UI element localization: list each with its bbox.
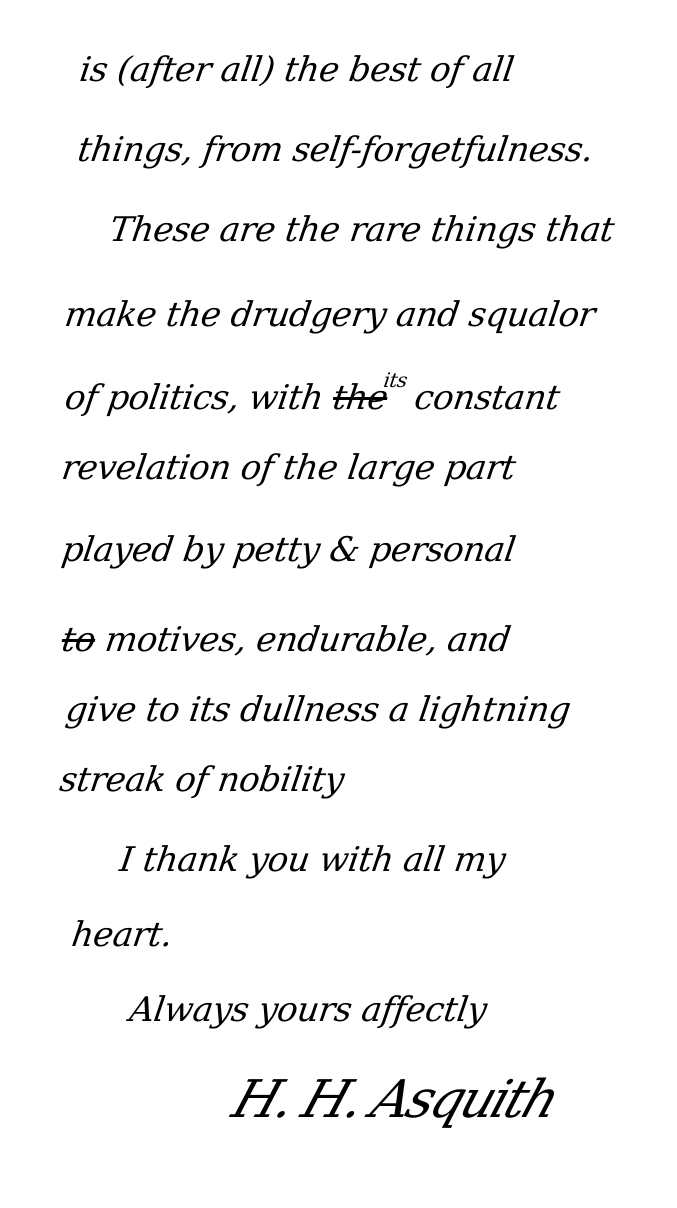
letter-text: motives, endurable, and [103,620,513,660]
letter-line: give to its dullness a lightning [63,690,573,730]
letter-line: make the drudgery and squalor [62,295,597,335]
struck-word: the [330,378,390,418]
letter-line: revelation of the large part [59,448,518,488]
letter-line: played by petty & personal [59,530,518,570]
letter-line: These are the rare things that [107,210,616,250]
letter-line: to motives, endurable, and [59,620,513,660]
letter-line: of politics, with theits constant [62,378,562,422]
letter-line: things, from self-forgetfulness. [75,130,595,170]
closing-line: Always yours affectly [127,990,489,1030]
letter-line: streak of nobility [57,760,346,800]
letter-line: heart. [69,915,175,955]
letter-text: of politics, with [62,378,325,418]
letter-text: constant [412,378,562,418]
struck-word: to [59,620,98,660]
letter-line: is (after all) the best of all [77,50,516,90]
letter-line: I thank you with all my [117,840,508,880]
inserted-word: its [382,368,409,392]
signature: H. H. Asquith [225,1070,564,1130]
